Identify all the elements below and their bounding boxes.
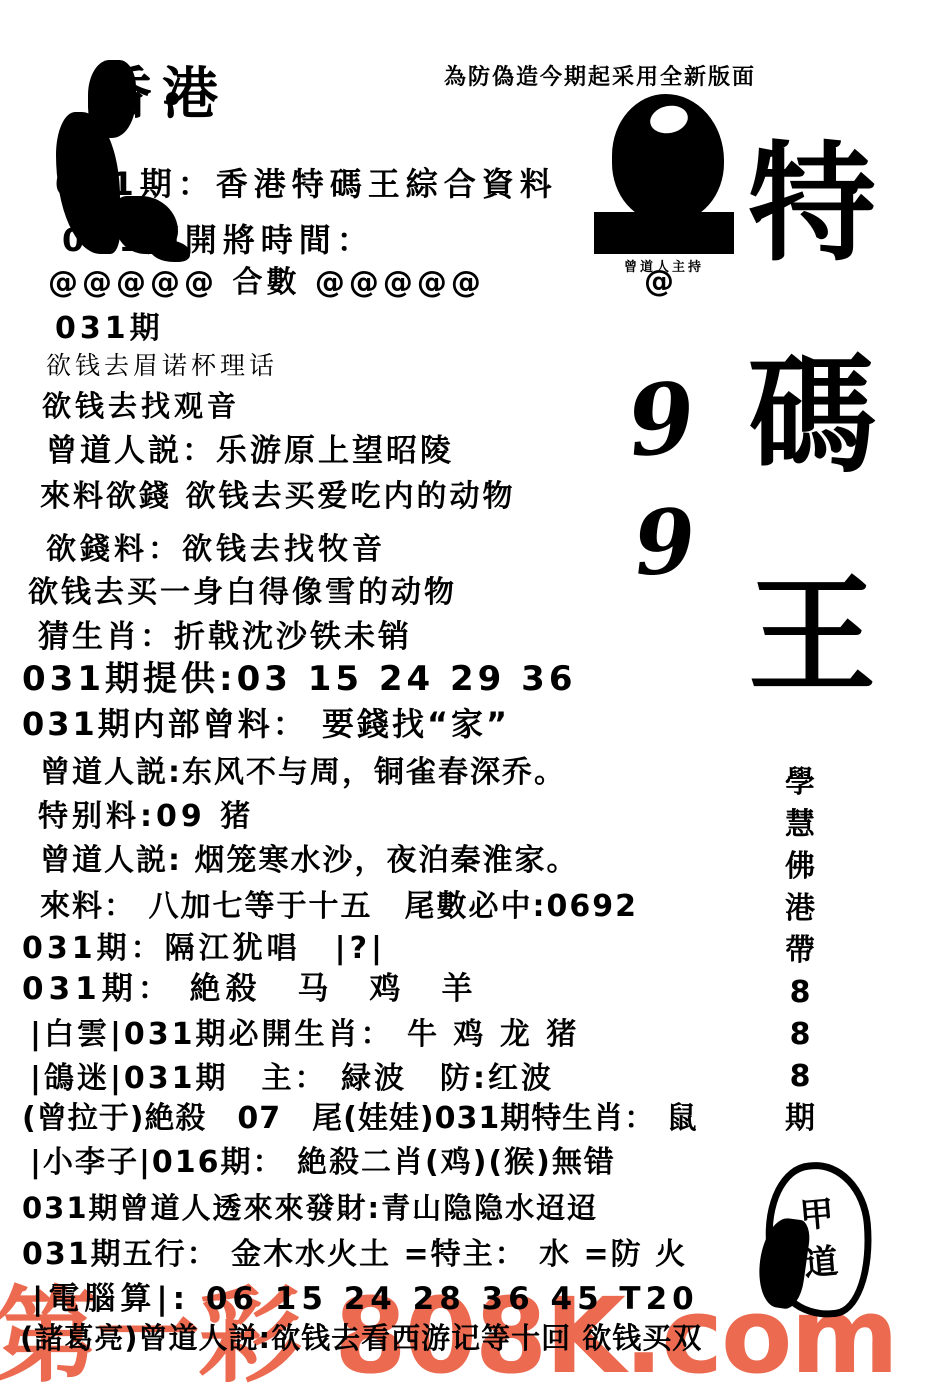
text-line: 031期 — [55, 312, 164, 347]
text-line: 欲钱去找观音 — [42, 390, 240, 423]
side-char: 慧 — [785, 804, 815, 846]
text-line: |鴿迷|031期 主： 緑波 防:红波 — [30, 1062, 554, 1097]
side-char: 佛 — [785, 846, 815, 888]
side-char: 期 — [785, 1098, 815, 1140]
text-line: 031期提供:03 15 24 29 36 — [22, 660, 577, 699]
text-line: 031期：隔江犹唱 |?| — [22, 932, 386, 967]
text-line: 猜生肖：折戟沈沙铁未销 — [38, 620, 412, 656]
text-line: 031期曾道人透來來發財:青山隐隐水迢迢 — [22, 1192, 598, 1225]
side-char: 港 — [785, 888, 815, 930]
text-line: 031期内部曾料： 要錢找“家” — [22, 706, 510, 743]
text-line: 來料： 八加七等于十五 尾數必中:0692 — [40, 890, 638, 925]
script-number-9: 9 — [623, 369, 699, 471]
text-line: 來料欲錢 欲钱去买爱吃内的动物 — [40, 480, 515, 515]
anti-fake-notice: 為防偽造今期起采用全新版面 — [444, 60, 756, 91]
text-line: (曾拉于)絶殺 07 尾(娃娃)031期特生肖： 鼠 — [22, 1102, 698, 1137]
text-line: 031期五行： 金木水火土 =特主： 水 =防 火 — [22, 1238, 687, 1273]
at-symbol: @ — [644, 264, 674, 299]
masthead-char: 碼 — [748, 352, 848, 480]
brand-hongkong: 香港 — [96, 50, 228, 130]
text-line: 031期： 絶殺 马 鸡 羊 — [22, 972, 478, 1008]
text-line: 031期開將時間： — [62, 222, 375, 259]
text-line: 031期：香港特碼王綜合資料 — [55, 166, 558, 203]
side-vertical-column: 學 慧 佛 港 帶 8 8 8 期 — [778, 762, 822, 1140]
text-line: 欲錢料：欲钱去找牧音 — [46, 533, 386, 568]
text-line: |小李子|016期： 絶殺二肖(鸡)(猴)無错 — [30, 1146, 616, 1181]
text-line: 曾道人説: 烟笼寒水沙，夜泊秦淮家。 — [40, 844, 578, 879]
site-watermark: 第一彩 808K.com — [0, 1284, 897, 1388]
tip-sheet-page: 香港 為防偽造今期起采用全新版面 曾道人主持 @ 9 9 特 碼 王 學 慧 佛… — [0, 0, 938, 1388]
text-line: 欲钱去买一身白得像雪的动物 — [28, 576, 457, 611]
side-char: 帶 — [785, 930, 815, 972]
text-line: 曾道人説:东风不与周，铜雀春深乔。 — [40, 756, 566, 791]
side-char: 8 — [790, 1056, 811, 1098]
text-line: @@@@@ 合數 @@@@@ — [48, 266, 485, 301]
side-char: 8 — [790, 972, 811, 1014]
portrait-pedestal — [594, 212, 734, 254]
masthead-char: 王 — [748, 572, 848, 700]
text-line: 欲钱去眉诺杯理话 — [46, 352, 278, 381]
text-line: |白雲|031期必開生肖： 牛 鸡 龙 猪 — [30, 1018, 579, 1053]
text-line: 曾道人説：乐游原上望昭陵 — [46, 434, 454, 470]
side-char: 8 — [790, 1014, 811, 1056]
masthead-char: 特 — [748, 140, 848, 268]
text-line: 特别料:09 猪 — [38, 800, 254, 835]
script-number-9: 9 — [631, 496, 698, 588]
side-char: 學 — [785, 762, 815, 804]
